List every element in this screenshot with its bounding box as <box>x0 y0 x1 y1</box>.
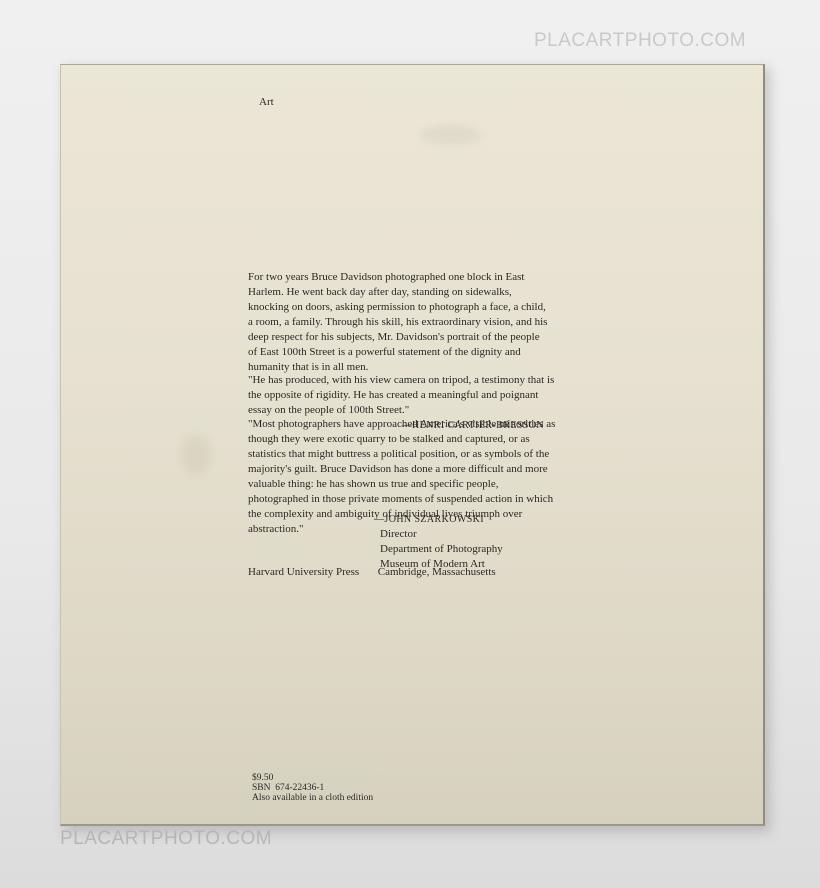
paper-stain <box>421 125 481 145</box>
quote-text: "He has produced, with his view camera o… <box>248 373 558 418</box>
publisher-row: Harvard University Press Cambridge, Mass… <box>248 565 496 580</box>
price: $9.50 <box>252 773 373 783</box>
publisher-name: Harvard University Press <box>248 565 375 580</box>
paper-stain <box>181 435 211 475</box>
quote-attribution: —JOHN SZARKOWSKI <box>374 512 503 527</box>
watermark-bottom: PLACARTPHOTO.COM <box>60 828 272 850</box>
credential-line: Director <box>374 527 503 542</box>
isbn: SBN 674-22436-1 <box>252 783 373 793</box>
szarkowski-credentials: —JOHN SZARKOWSKI Director Department of … <box>374 512 503 572</box>
blurb-text: For two years Bruce Davidson photographe… <box>248 270 548 375</box>
edition-note: Also available in a cloth edition <box>252 793 373 803</box>
watermark-top: PLACARTPHOTO.COM <box>534 30 746 52</box>
credential-line: Department of Photography <box>374 542 503 557</box>
book-back-cover: Art For two years Bruce Davidson photogr… <box>60 64 765 826</box>
publisher-location: Cambridge, Massachusetts <box>378 566 496 578</box>
price-block: $9.50 SBN 674-22436-1 Also available in … <box>252 773 373 803</box>
category-label: Art <box>259 95 274 110</box>
book-blurb: For two years Bruce Davidson photographe… <box>248 270 548 375</box>
